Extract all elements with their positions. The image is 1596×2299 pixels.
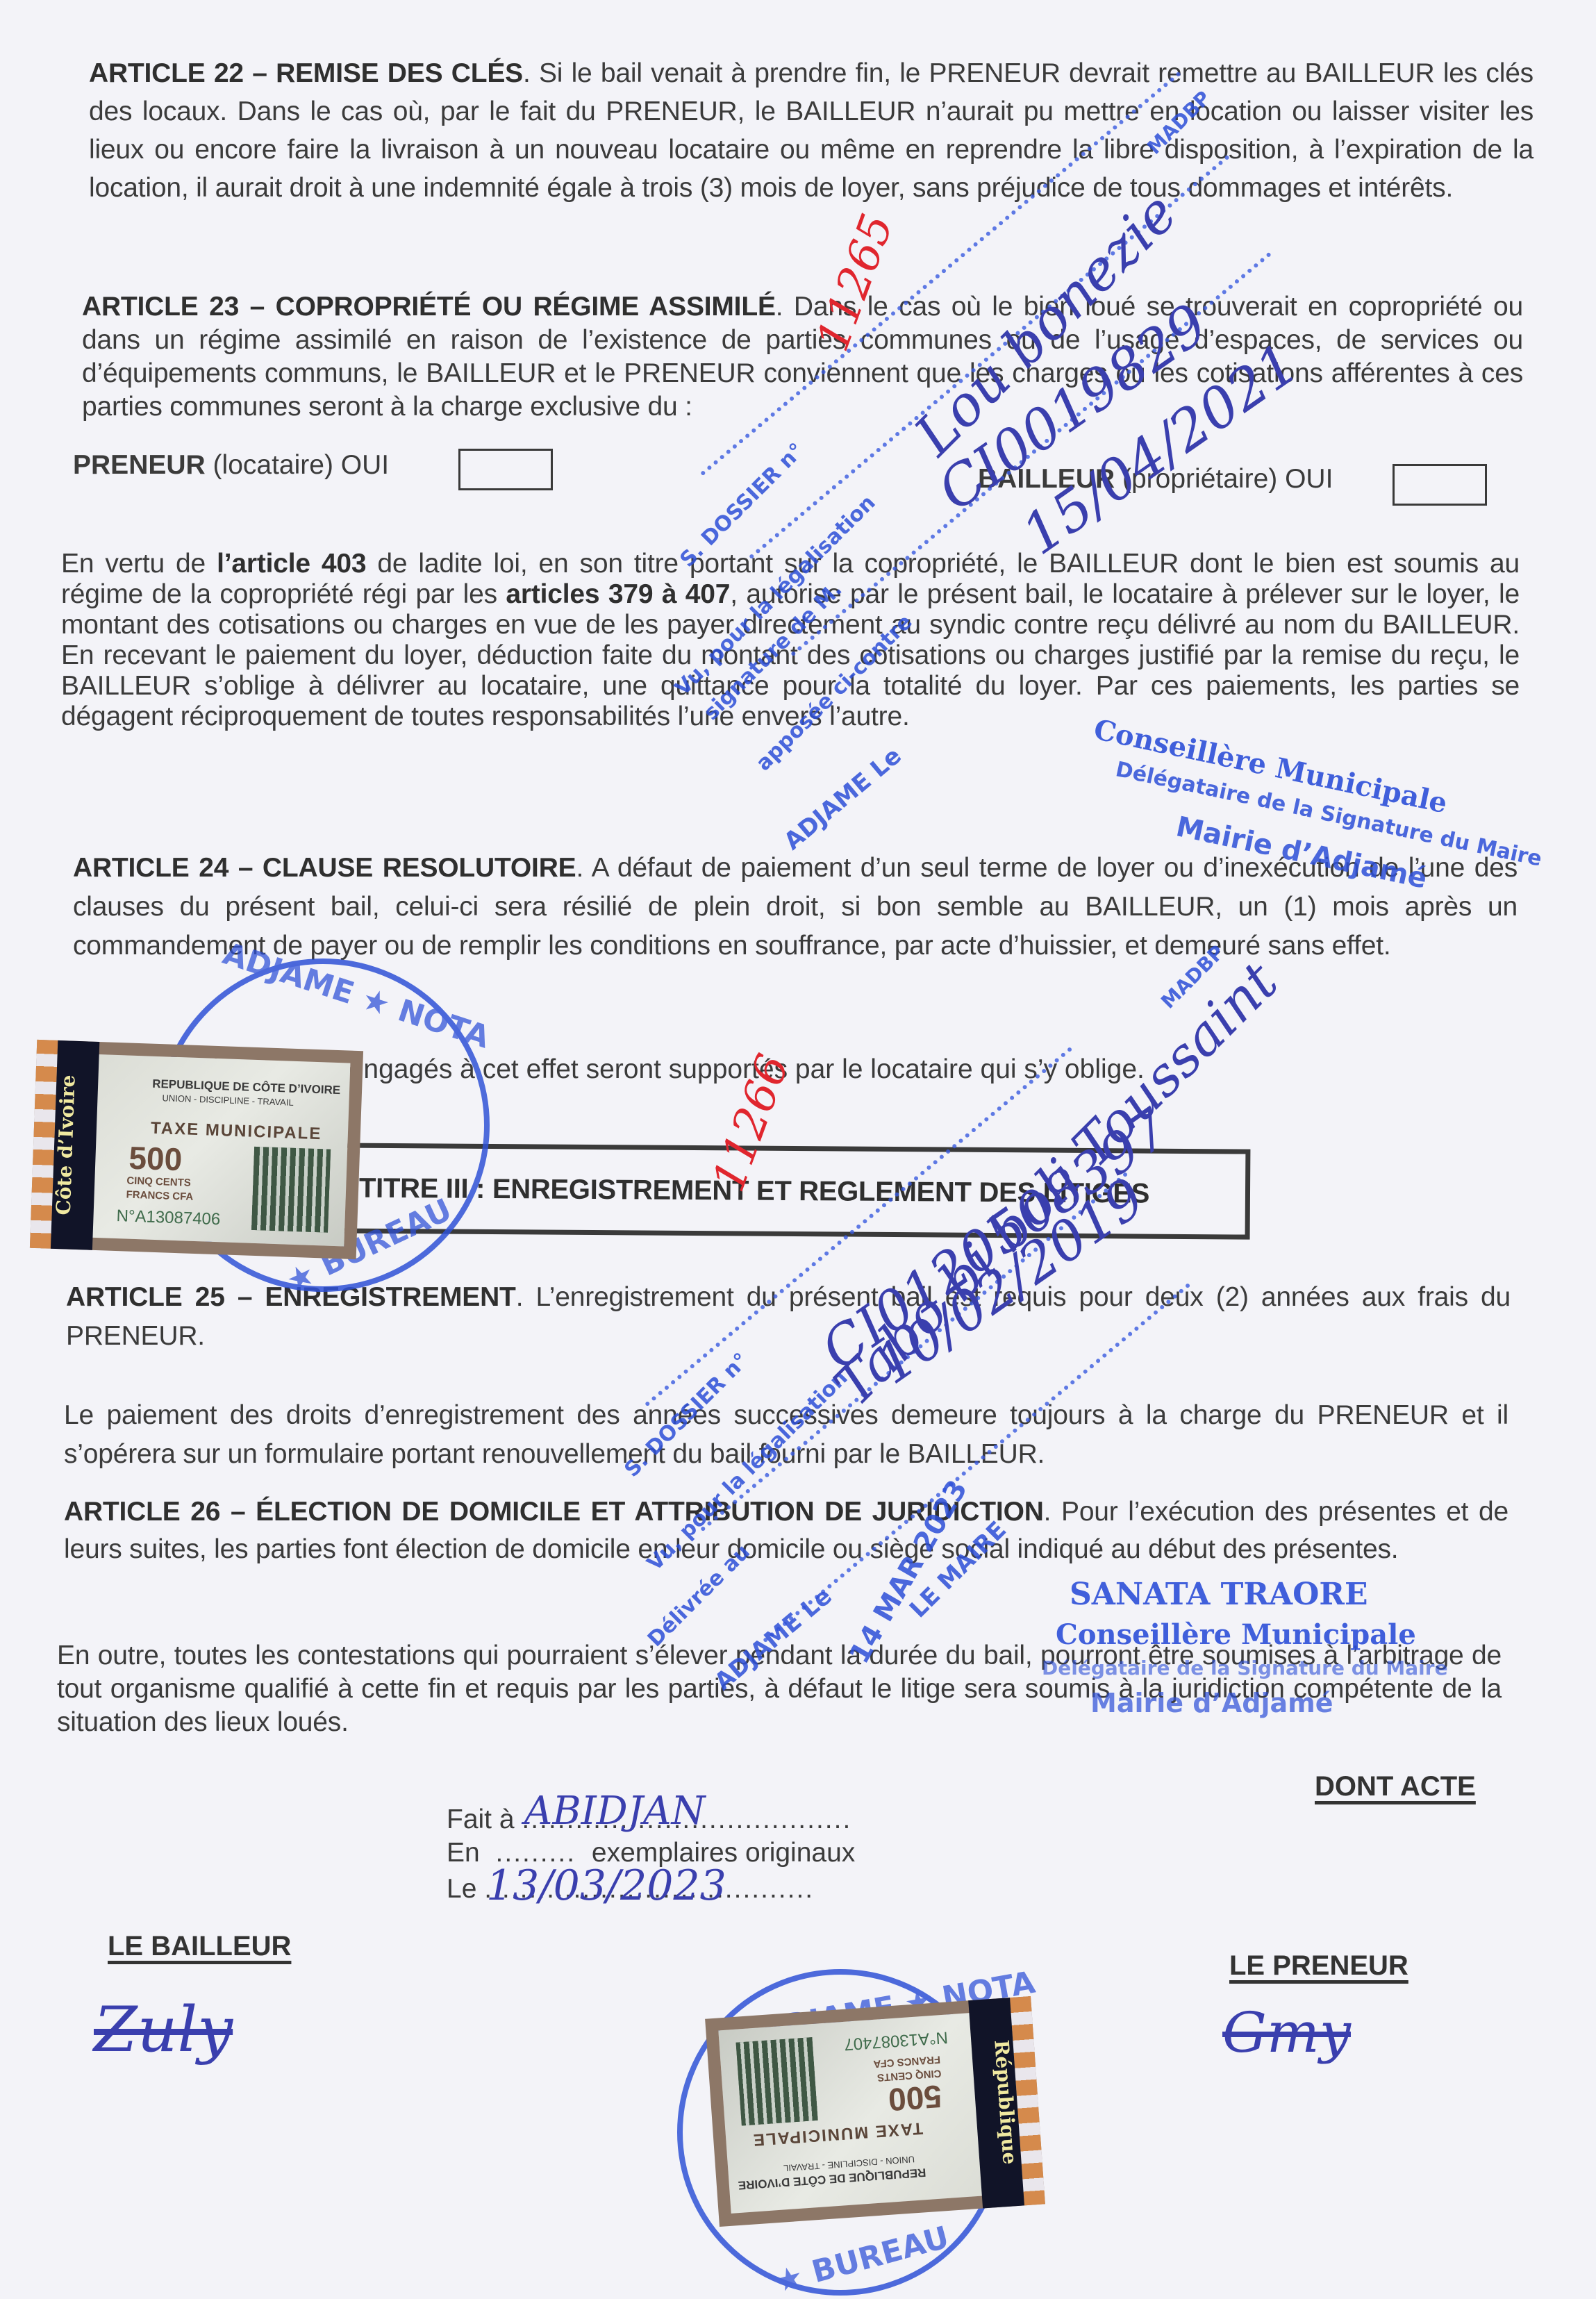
fiscal-stamp-1: Côte d’Ivoire REPUBLIQUE DE CÔTE D’IVOIR…	[30, 1040, 363, 1259]
stamp-line-vu: Vu, pour la légalisation	[642, 1366, 852, 1575]
art403-ref-1: l’article 403	[217, 549, 366, 579]
bailleur-signature-label: LE BAILLEUR	[108, 1931, 291, 1962]
stamp-delegation: Délégataire de la Signature du Maire	[1042, 1657, 1448, 1679]
fiscal-stamp-2: République REPUBLIQUE DE CÔTE D’IVOIRE U…	[705, 1996, 1045, 2227]
bailleur-signature: Zuly	[94, 1993, 233, 2066]
dont-acte: DONT ACTE	[1315, 1771, 1476, 1802]
qr-code-icon	[736, 2037, 818, 2125]
lease-page: ARTICLE 22 – REMISE DES CLÉS. Si le bail…	[0, 0, 1596, 2299]
en-label: En	[447, 1838, 480, 1868]
stamp-adjame: ADJAME Le	[709, 1582, 837, 1696]
legalisation-stamp-2: S. DOSSIER n° Vu, pour la légalisation D…	[590, 972, 1493, 1736]
stamp-line-dossier: S. DOSSIER n°	[675, 438, 809, 572]
stamp-adjame: ADJAME Le	[779, 742, 906, 856]
fiscal-stamp-currency: FRANCS CFA	[126, 1189, 193, 1203]
article-22-heading: ARTICLE 22 – REMISE DES CLÉS	[89, 58, 523, 88]
fait-a-label: Fait à	[447, 1804, 515, 1834]
date-value[interactable]: 13/03/2023	[486, 1861, 726, 1910]
stamp-role: Conseillère Municipale	[1056, 1618, 1416, 1651]
article-24-heading: ARTICLE 24 – CLAUSE RESOLUTOIRE	[73, 853, 576, 883]
option-preneur: PRENEUR (locataire) OUI	[73, 450, 389, 481]
fiscal-stamp-amount: 500	[887, 2077, 942, 2118]
fiscal-stamp-amount-words: CINQ CENTS	[126, 1175, 191, 1189]
legalisation-stamp-1: S. DOSSIER n° Vu, pour la légalisation s…	[611, 83, 1514, 847]
fiscal-stamp-band: Côte d’Ivoire	[51, 1040, 99, 1250]
round-stamp-bottom-text: ★ BUREAU	[772, 2220, 953, 2299]
red-register-number-2: 11266	[703, 1048, 799, 1199]
checkbox-preneur[interactable]	[458, 449, 553, 490]
le-label: Le	[447, 1874, 476, 1904]
fiscal-stamp-amount: 500	[128, 1139, 183, 1179]
stamp-mairie: Mairie d’Adjamé	[1090, 1688, 1333, 1718]
red-register-number-1: 11265	[807, 208, 904, 358]
fiscal-stamp-serial: N°A13087406	[116, 1206, 221, 1229]
preneur-signature-label: LE PRENEUR	[1229, 1950, 1408, 1982]
qr-code-icon	[251, 1147, 331, 1233]
art403-text-1: En vertu de	[61, 549, 217, 579]
stamp-name: SANATA TRAORE	[1070, 1577, 1368, 1612]
fiscal-stamp-serial: N°A13087407	[843, 2027, 948, 2053]
option-preneur-desc: (locataire) OUI	[213, 450, 390, 480]
fait-a-value[interactable]: ABIDJAN	[524, 1788, 706, 1834]
option-preneur-label: PRENEUR	[73, 450, 206, 480]
preneur-signature: Gmy	[1222, 2000, 1351, 2065]
